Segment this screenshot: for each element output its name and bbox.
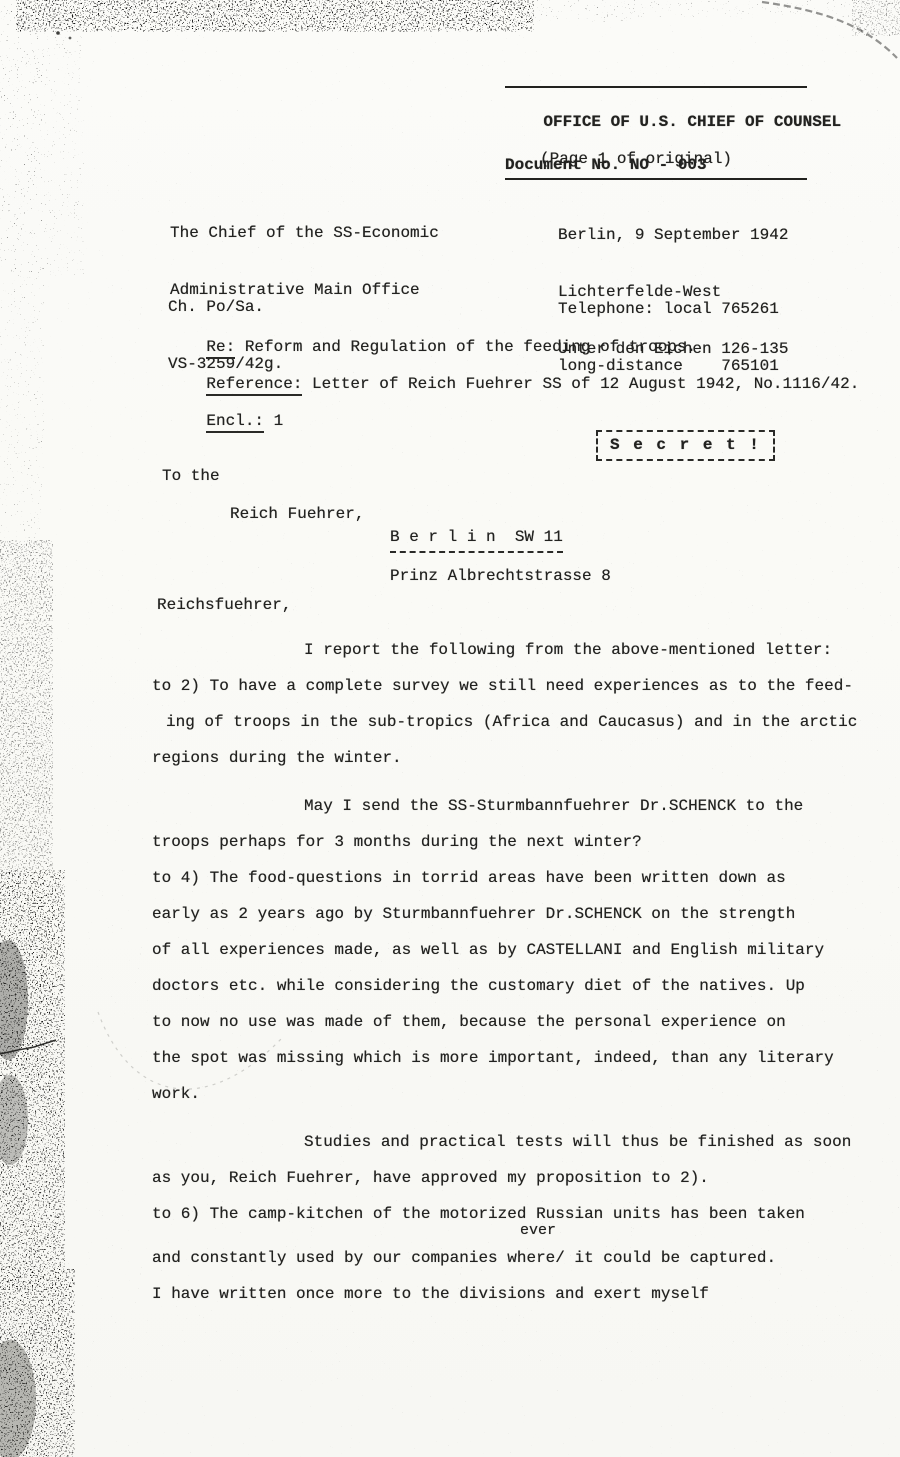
reference-label: Reference:: [206, 375, 302, 396]
body-line: Studies and practical tests will thus be…: [152, 1124, 897, 1160]
body-line: of all experiences made, as well as by C…: [152, 932, 897, 968]
body-line: to 2) To have a complete survey we still…: [152, 668, 897, 704]
date-line: Berlin, 9 September 1942: [558, 226, 788, 245]
letter-body: I report the following from the above-me…: [152, 632, 897, 1312]
re-text: Reform and Regulation of the feeding of …: [235, 338, 696, 356]
body-line: regions during the winter.: [152, 740, 897, 776]
body-line: work.: [152, 1076, 897, 1112]
sender-line: The Chief of the SS-Economic: [170, 224, 439, 243]
reference-text: Letter of Reich Fuehrer SS of 12 August …: [302, 375, 859, 393]
file-ref-line: Ch. Po/Sa.: [168, 298, 283, 317]
body-line: I report the following from the above-me…: [152, 632, 897, 668]
address-city: B e r l i n SW 11: [390, 528, 563, 553]
enclosure-line: Encl.: 1: [168, 394, 283, 448]
address-to: To the: [162, 467, 220, 485]
body-line: I have written once more to the division…: [152, 1276, 897, 1312]
body-line: and constantly used by our companies whe…: [152, 1240, 897, 1276]
page-note: (Page 1 of original): [540, 150, 732, 168]
secrecy-stamp: S e c r e t !: [596, 430, 775, 461]
stamp-office-line: OFFICE OF U.S. CHIEF OF COUNSEL: [543, 113, 841, 131]
telephone-line: Telephone: local 765261: [558, 300, 779, 319]
body-line: doctors etc. while considering the custo…: [152, 968, 897, 1004]
body-line: troops perhaps for 3 months during the n…: [152, 824, 897, 860]
salutation: Reichsfuehrer,: [157, 596, 291, 614]
body-line: May I send the SS-Sturmbannfuehrer Dr.SC…: [152, 788, 897, 824]
enclosure-label: Encl.:: [206, 412, 264, 433]
re-label: Re:: [206, 338, 235, 359]
address-recipient: Reich Fuehrer,: [230, 505, 364, 523]
body-line: to 4) The food-questions in torrid areas…: [152, 860, 897, 896]
body-line: early as 2 years ago by Sturmbannfuehrer…: [152, 896, 897, 932]
enclosure-count: 1: [264, 412, 283, 430]
body-line: as you, Reich Fuehrer, have approved my …: [152, 1160, 897, 1196]
address-street: Prinz Albrechtstrasse 8: [390, 567, 611, 585]
body-line: ing of troops in the sub-tropics (Africa…: [152, 704, 897, 740]
document-page: OFFICE OF U.S. CHIEF OF COUNSEL Document…: [0, 0, 900, 1457]
body-line: the spot was missing which is more impor…: [152, 1040, 897, 1076]
body-line: to now no use was made of them, because …: [152, 1004, 897, 1040]
